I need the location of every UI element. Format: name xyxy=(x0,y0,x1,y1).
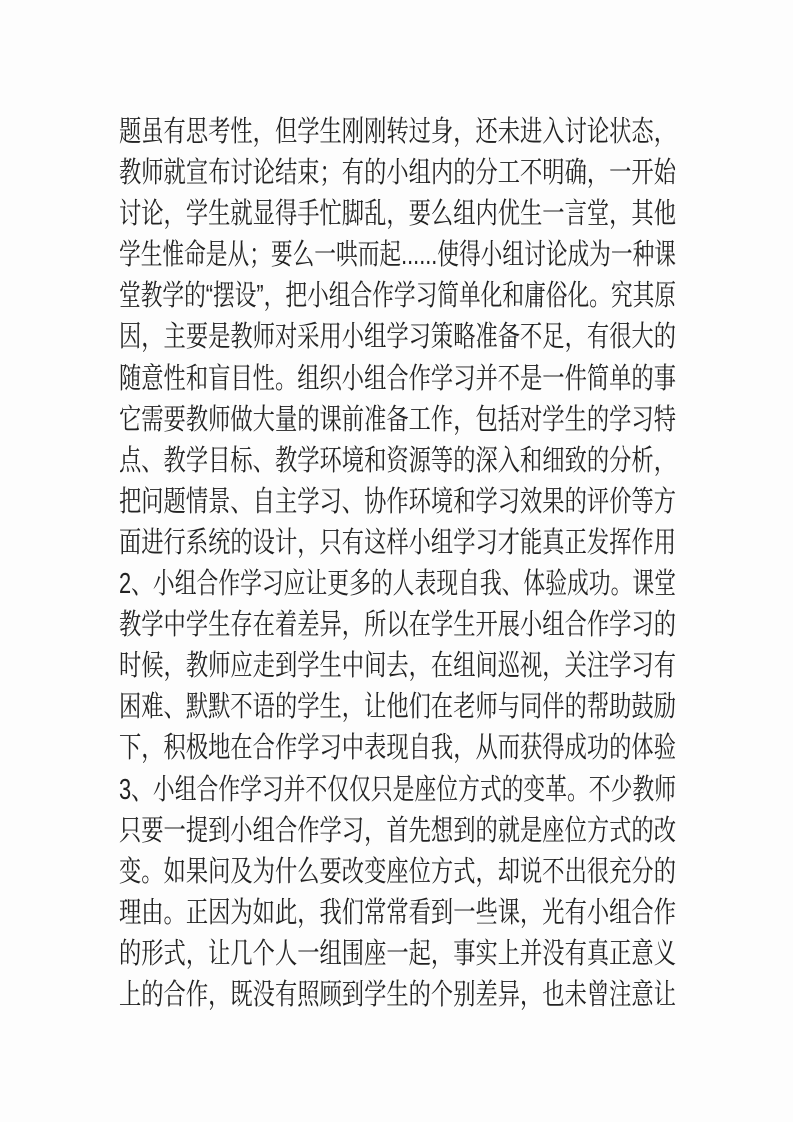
text-line: 讨论，学生就显得手忙脚乱，要么组内优生一言堂，其他 xyxy=(119,194,676,235)
text-line: 题虽有思考性，但学生刚刚转过身，还未进入讨论状态， xyxy=(119,112,676,153)
text-line: 2、小组合作学习应让更多的人表现自我、体验成功。课堂 xyxy=(119,564,676,605)
text-line: 它需要教师做大量的课前准备工作，包括对学生的学习特 xyxy=(119,400,676,441)
text-line: 面进行系统的设计，只有这样小组学习才能真正发挥作用 xyxy=(119,523,676,564)
text-line: 困难、默默不语的学生，让他们在老师与同伴的帮助鼓励 xyxy=(119,687,676,728)
text-line: 只要一提到小组合作学习，首先想到的就是座位方式的改 xyxy=(119,811,676,852)
text-line: 时候，教师应走到学生中间去，在组间巡视，关注学习有 xyxy=(119,646,676,687)
text-line: 教学中学生存在着差异，所以在学生开展小组合作学习的 xyxy=(119,605,676,646)
document-page: 题虽有思考性，但学生刚刚转过身，还未进入讨论状态，教师就宣布讨论结束；有的小组内… xyxy=(0,0,793,1122)
text-line: 学生惟命是从；要么一哄而起......使得小组讨论成为一种课 xyxy=(119,235,676,276)
text-line: 把问题情景、自主学习、协作环境和学习效果的评价等方 xyxy=(119,482,676,523)
text-line: 随意性和盲目性。组织小组合作学习并不是一件简单的事 xyxy=(119,359,676,400)
text-line: 教师就宣布讨论结束；有的小组内的分工不明确，一开始 xyxy=(119,153,676,194)
text-line: 理由。正因为如此，我们常常看到一些课，光有小组合作 xyxy=(119,893,676,934)
text-line: 的形式，让几个人一组围座一起，事实上并没有真正意义 xyxy=(119,934,676,975)
text-line: 上的合作，既没有照顾到学生的个别差异，也未曾注意让 xyxy=(119,975,676,1016)
text-line: 变。如果问及为什么要改变座位方式，却说不出很充分的 xyxy=(119,852,676,893)
text-line: 3、小组合作学习并不仅仅只是座位方式的变革。不少教师 xyxy=(119,770,676,811)
document-text-block: 题虽有思考性，但学生刚刚转过身，还未进入讨论状态，教师就宣布讨论结束；有的小组内… xyxy=(119,112,676,1016)
text-line: 因，主要是教师对采用小组学习策略准备不足，有很大的 xyxy=(119,317,676,358)
text-line: 下，积极地在合作学习中表现自我，从而获得成功的体验 xyxy=(119,728,676,769)
text-line: 点、教学目标、教学环境和资源等的深入和细致的分析， xyxy=(119,441,676,482)
text-line: 堂教学的“摆设”，把小组合作学习简单化和庸俗化。究其原 xyxy=(119,276,676,317)
